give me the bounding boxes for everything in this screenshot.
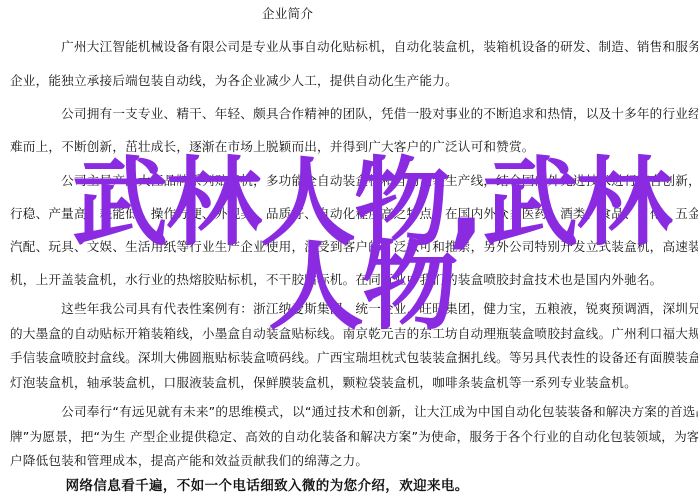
closing-line: 网络信息看千遍，不如一个电话细致入微的为您介绍，欢迎来电。 xyxy=(10,478,469,494)
paragraph-line: 手信装盒喷胶封盒线。深圳大佛圆瓶贴标装盒喷码线。广西宝瑞坦枕式包装装盒捆扎线。等… xyxy=(10,350,698,366)
paragraph-line: 广州大江智能机械设备有限公司是专业从事自动化贴标机，自动化装盒机，装箱机设备的研… xyxy=(10,39,698,55)
paragraph-line: 汽配、玩具、文娱、生活用纸等行业生产企业使用，深受到客户的广泛认可和推崇，另外公… xyxy=(10,239,698,255)
paragraph-line: 难而上，不断创新，茁壮成长，逐渐在市场上脱颖而出，并得到广大客户的广泛认可和赞赏… xyxy=(10,139,535,155)
paragraph-line: 这些年我公司具有代表性案例有：浙江纳爱斯集团，统一企业，旺旺集团，健力宝，五粮液… xyxy=(10,301,698,317)
document-title: 企业简介 xyxy=(262,6,313,22)
paragraph-line: 机，上开盖装盒机，水行业的热熔胶贴标机，不干胶贴标机。在同行业中我们的装盒喷胶封… xyxy=(10,272,662,288)
paragraph-line: 灯泡装盒机，轴承装盒机，口服液装盒机，保鲜膜装盒机，颗粒袋装盒机，咖啡条装盒机等… xyxy=(10,375,637,391)
document-page: 企业简介 广州大江智能机械设备有限公司是专业从事自动化贴标机，自动化装盒机，装箱… xyxy=(0,0,698,499)
paragraph-line: 公司主导产品大江品牌系列贴标机，多功能全自动装盒机和自动包装生产线，结合国内外先… xyxy=(10,173,698,189)
paragraph-line: 的大墨盒的自动贴标开箱装箱线，小墨盒自动装盒贴标线。南京乾元吉的东工坊自动理瓶装… xyxy=(10,326,698,342)
paragraph-line: 牌”为愿景，把“为生 产型企业提供稳定、高效的自动化装备和解决方案”为使命，服务… xyxy=(10,429,698,445)
paragraph-line: 企业，能独立承接后端包装自动线，为各企业减少人工，提供自动化生产能力。 xyxy=(10,73,458,89)
paragraph-line: 户降低包装和管理成本，提高产能和效益贡献我们的绵薄之力。 xyxy=(10,453,368,469)
paragraph-line: 公司拥有一支专业、精干、年轻、颇具合作精神的团队，凭借一股对事业的不断追求和热情… xyxy=(10,106,698,122)
paragraph-line: 行稳、产量高、耗能低、操作方便、外观美、品质好、自动化程度高之特点，在国内外众多… xyxy=(10,206,698,222)
paragraph-line: 公司奉行“有远见就有未来”的思维模式，以“通过技术和创新，让大江成为中国自动化包… xyxy=(10,404,698,420)
